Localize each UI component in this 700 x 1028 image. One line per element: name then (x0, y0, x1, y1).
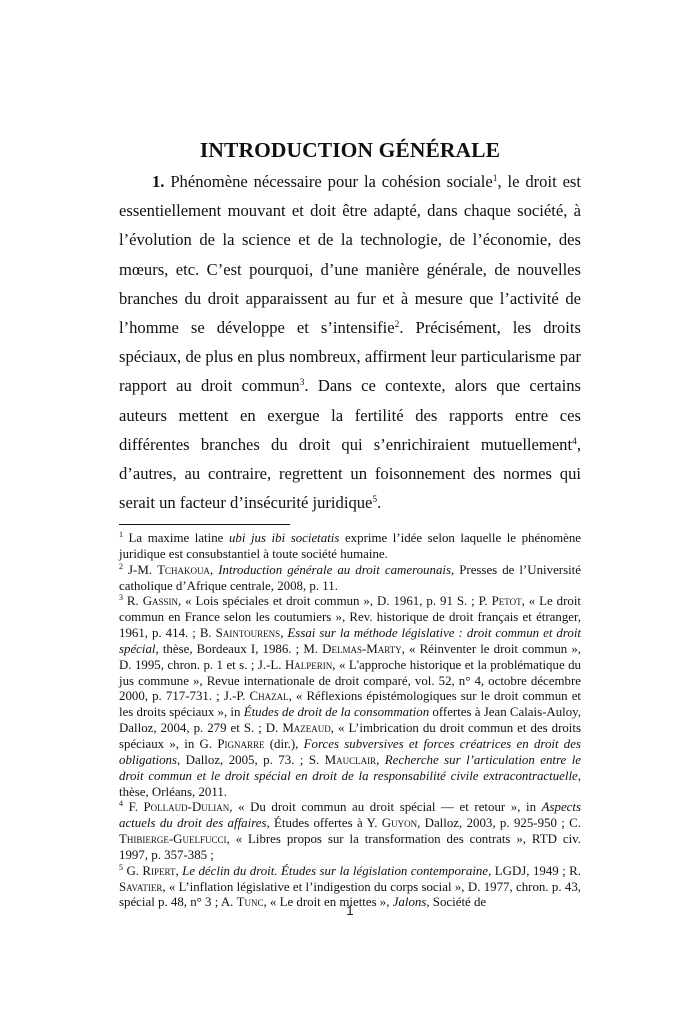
footnote-3: 3 R. Gassin, « Lois spéciales et droit c… (119, 594, 581, 800)
author-name: Pollaud-Dulian (144, 800, 230, 814)
author-name: Petot (492, 594, 522, 608)
work-title: Le déclin du droit. Études sur la législ… (182, 864, 488, 878)
footnote-text: , « Lois spéciales et droit commun », D.… (178, 594, 492, 608)
footnote-text: , « Du droit commun au droit spécial — e… (229, 800, 541, 814)
footnote-text: , Dalloz, 2005, p. 73. ; S. (177, 753, 325, 767)
author-name: Guyon (382, 816, 417, 830)
author-name: Savatier (119, 880, 162, 894)
footnote-text: , thèse, Bordeaux I, 1986. ; M. (156, 642, 323, 656)
paragraph-number: 1. (152, 172, 164, 191)
author-name: Mauclair (325, 753, 376, 767)
footnote-text-italic: ubi jus ibi societatis (229, 531, 339, 545)
author-name: Gassin (143, 594, 178, 608)
author-name: Thibierge-Guelfucci (119, 832, 226, 846)
author-name: Halperin (285, 658, 332, 672)
footnotes: 1 La maxime latine ubi jus ibi societati… (119, 531, 581, 911)
footnote-text: R. (123, 594, 143, 608)
footnote-separator (119, 524, 290, 525)
footnote-text: (dir.), (265, 737, 304, 751)
footnote-text: , Études offertes à Y. (266, 816, 381, 830)
work-title: Introduction générale au droit camerouna… (218, 563, 451, 577)
author-name: Saintourens (216, 626, 281, 640)
paragraph-text: . (377, 493, 381, 512)
footnote-text: , Dalloz, 2003, p. 925-950 ; C. (417, 816, 581, 830)
author-name: Pignarre (217, 737, 264, 751)
author-name: Tchakoua (157, 563, 210, 577)
footnote-2: 2 J-M. Tchakoua, Introduction générale a… (119, 563, 581, 595)
page-title: INTRODUCTION GÉNÉRALE (119, 138, 581, 163)
work-title: Études de droit de la consommation (244, 705, 429, 719)
footnote-text: , LGDJ, 1949 ; R. (488, 864, 581, 878)
document-page: INTRODUCTION GÉNÉRALE 1. Phénomène néces… (0, 0, 700, 1028)
author-name: Delmas-Marty (322, 642, 402, 656)
author-name: Ripert (142, 864, 175, 878)
footnote-text: La maxime latine (123, 531, 229, 545)
paragraph-text: , le droit est essentiellement mouvant e… (119, 172, 581, 337)
footnote-text: , (210, 563, 218, 577)
page-number: 1 (0, 903, 700, 918)
paragraph-1: 1. Phénomène nécessaire pour la cohésion… (119, 167, 581, 517)
footnote-text: F. (123, 800, 144, 814)
footnote-text: , (376, 753, 385, 767)
footnote-text: J-M. (123, 563, 157, 577)
footnote-1: 1 La maxime latine ubi jus ibi societati… (119, 531, 581, 563)
footnote-text: G. (123, 864, 142, 878)
author-name: Chazal (249, 689, 288, 703)
paragraph-text: Phénomène nécessaire pour la cohésion so… (164, 172, 492, 191)
footnote-4: 4 F. Pollaud-Dulian, « Du droit commun a… (119, 800, 581, 863)
author-name: Mazeaud (282, 721, 330, 735)
